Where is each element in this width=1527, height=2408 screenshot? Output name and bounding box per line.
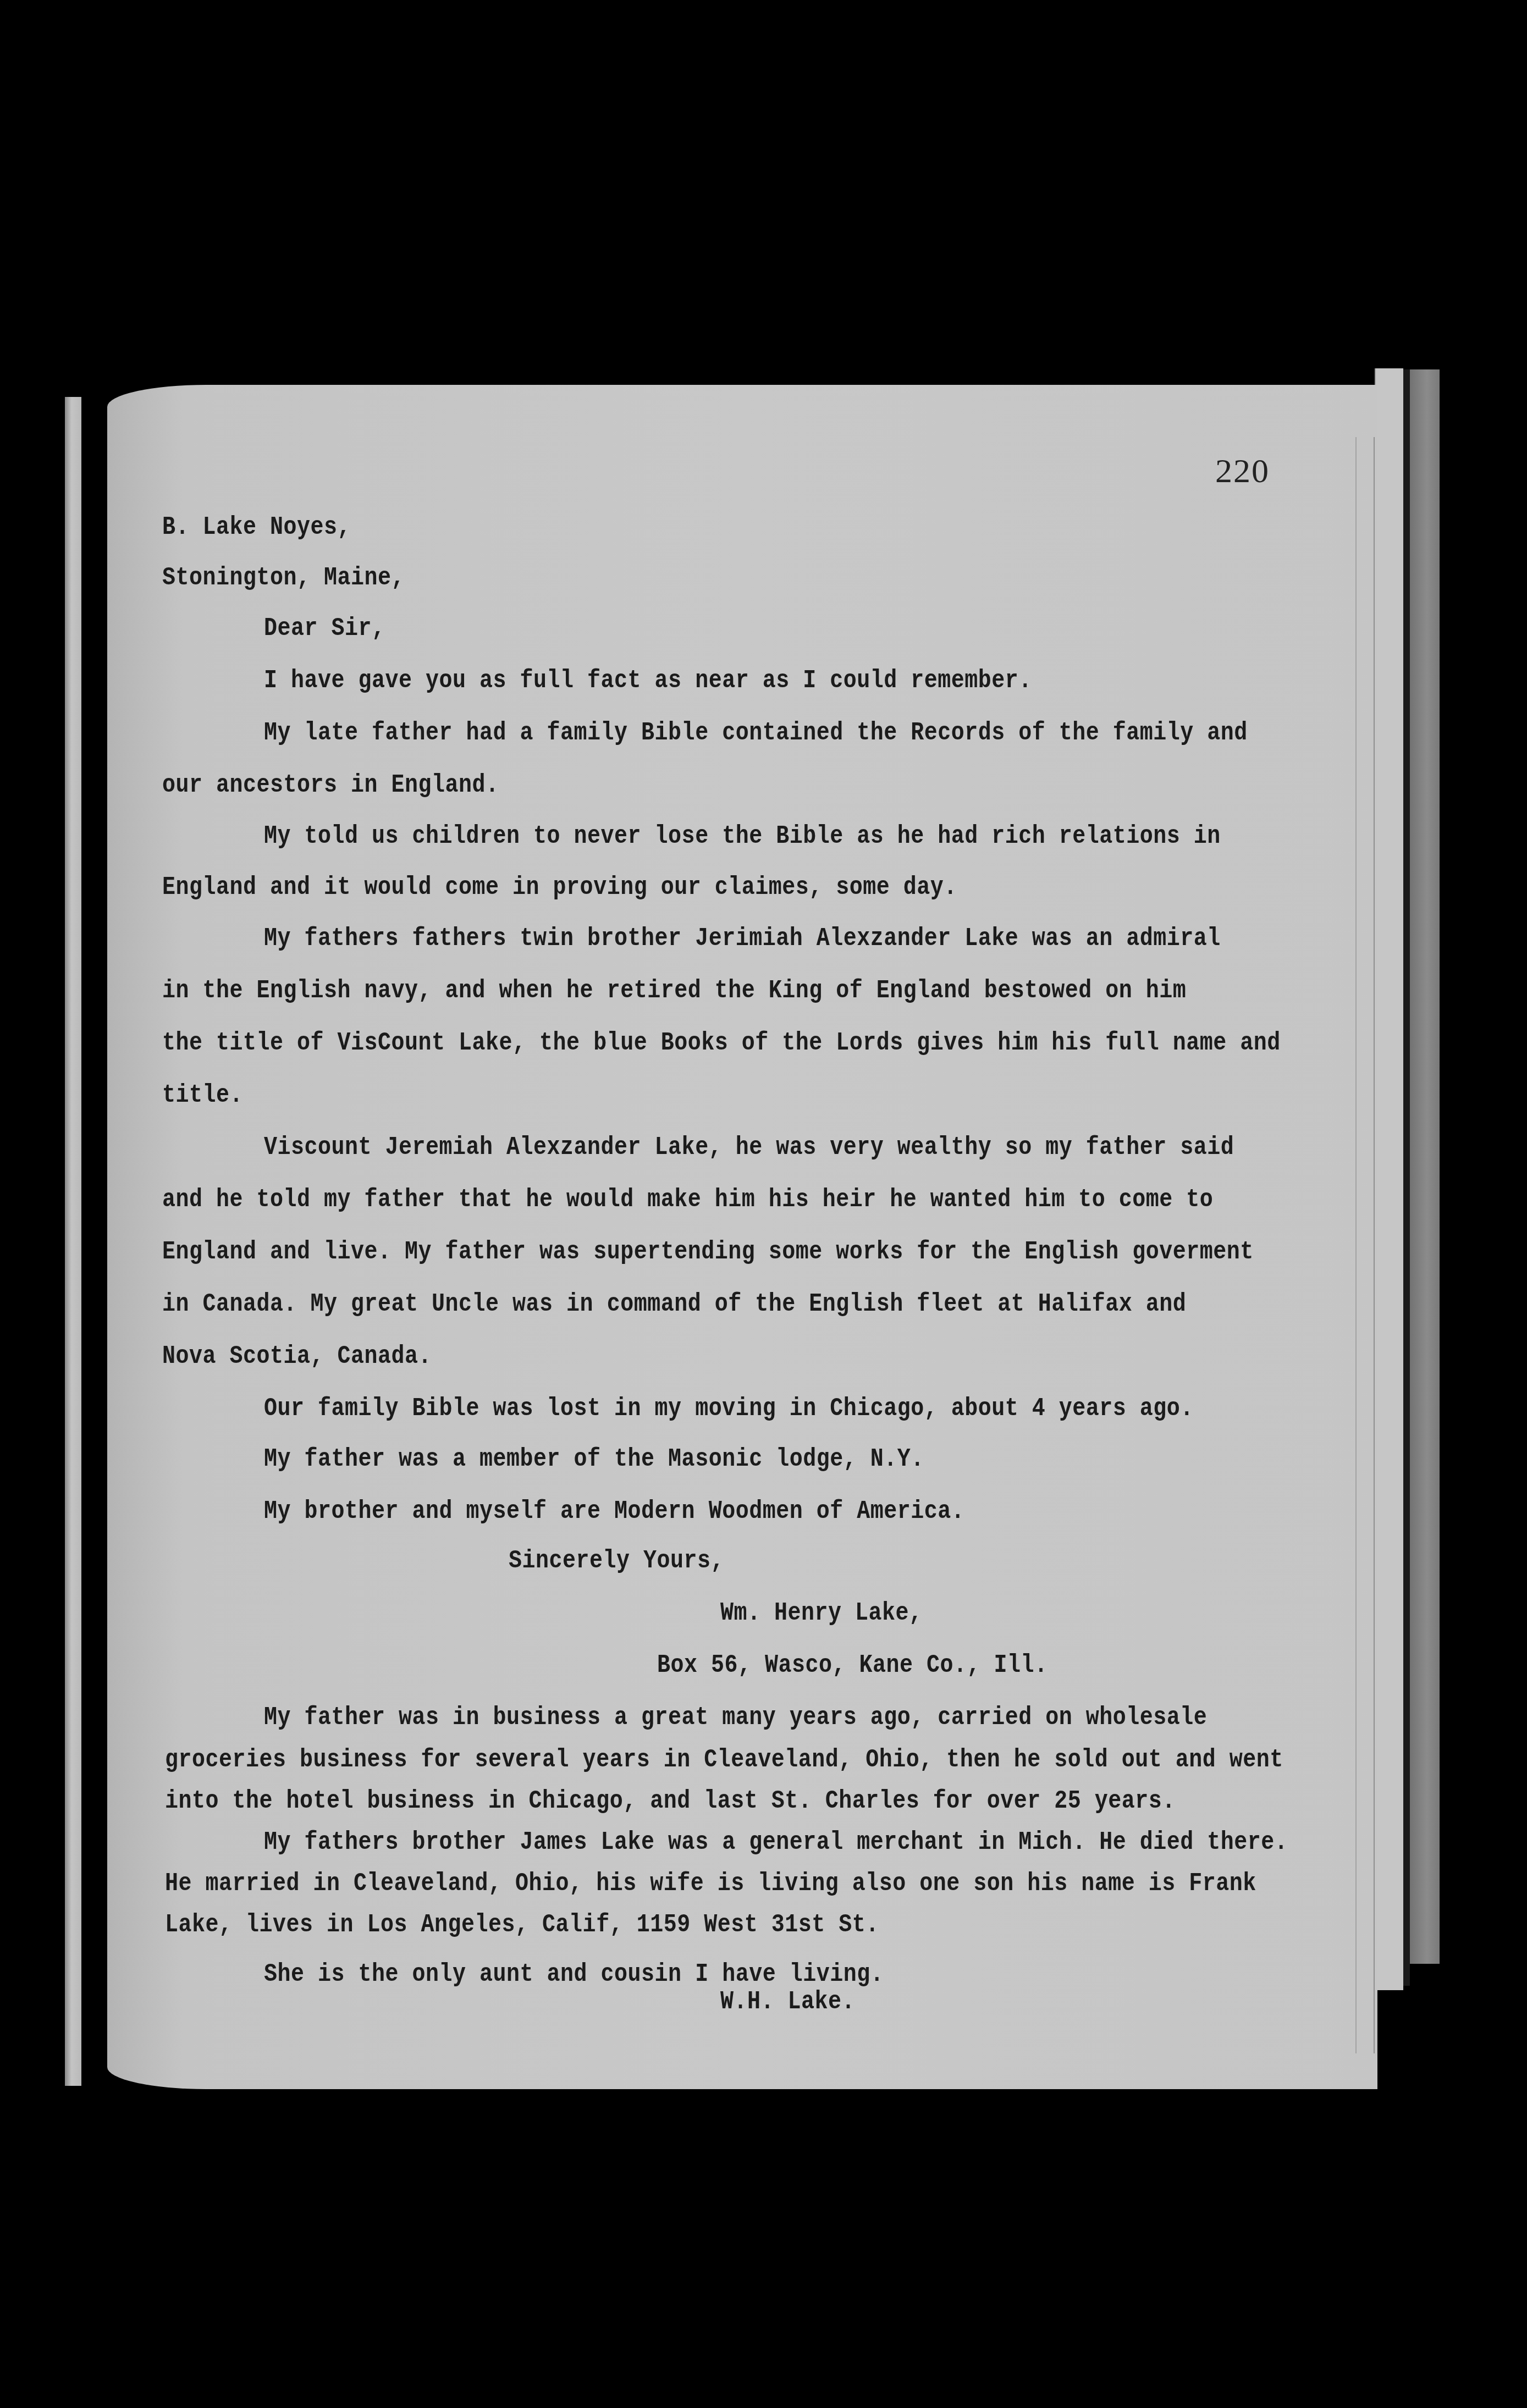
body-line: England and it would come in proving our…	[162, 874, 957, 903]
body-line: and he told my father that he would make…	[162, 1186, 1213, 1215]
closing: Sincerely Yours,	[509, 1548, 724, 1576]
page-stack-sheet	[1375, 368, 1403, 1990]
body-line: Our family Bible was lost in my moving i…	[264, 1395, 1194, 1424]
page-number: 220	[1215, 452, 1270, 491]
recipient-name: B. Lake Noyes,	[162, 514, 351, 543]
postscript-line: into the hotel business in Chicago, and …	[165, 1788, 1176, 1816]
page-stack-edge	[1408, 369, 1440, 1964]
postscript-line: My fathers brother James Lake was a gene…	[264, 1829, 1288, 1858]
postscript-line: My father was in business a great many y…	[264, 1704, 1207, 1733]
body-line: My fathers fathers twin brother Jerimiah…	[264, 925, 1221, 954]
page-fold-line	[1355, 437, 1357, 2053]
body-line: I have gave you as full fact as near as …	[264, 667, 1032, 696]
body-line: in Canada. My great Uncle was in command…	[162, 1291, 1186, 1319]
postscript-line: Lake, lives in Los Angeles, Calif, 1159 …	[165, 1912, 879, 1940]
page-fold-line	[1374, 437, 1375, 2053]
body-line: My late father had a family Bible contai…	[264, 720, 1248, 748]
body-line: in the English navy, and when he retired…	[162, 977, 1186, 1006]
body-line: England and live. My father was superten…	[162, 1239, 1254, 1267]
adjacent-page-edge-left	[65, 397, 81, 2086]
body-line: the title of VisCount Lake, the blue Boo…	[162, 1030, 1281, 1058]
postscript-line: He married in Cleaveland, Ohio, his wife…	[165, 1870, 1256, 1899]
body-line: our ancestors in England.	[162, 772, 499, 800]
postscript-line: groceries business for several years in …	[165, 1747, 1283, 1775]
body-line: Nova Scotia, Canada.	[162, 1343, 432, 1372]
postscript-signature: W.H. Lake.	[720, 1989, 855, 2017]
signature-address: Box 56, Wasco, Kane Co., Ill.	[657, 1652, 1048, 1681]
postscript-line: She is the only aunt and cousin I have l…	[264, 1961, 884, 1990]
body-line: Viscount Jeremiah Alexzander Lake, he wa…	[264, 1134, 1234, 1163]
signature-name: Wm. Henry Lake,	[720, 1600, 923, 1628]
body-line: My father was a member of the Masonic lo…	[264, 1446, 924, 1474]
recipient-place: Stonington, Maine,	[162, 565, 405, 593]
body-line: My told us children to never lose the Bi…	[264, 823, 1221, 852]
body-line: title.	[162, 1082, 243, 1111]
salutation: Dear Sir,	[264, 615, 385, 644]
body-line: My brother and myself are Modern Woodmen…	[264, 1498, 964, 1527]
